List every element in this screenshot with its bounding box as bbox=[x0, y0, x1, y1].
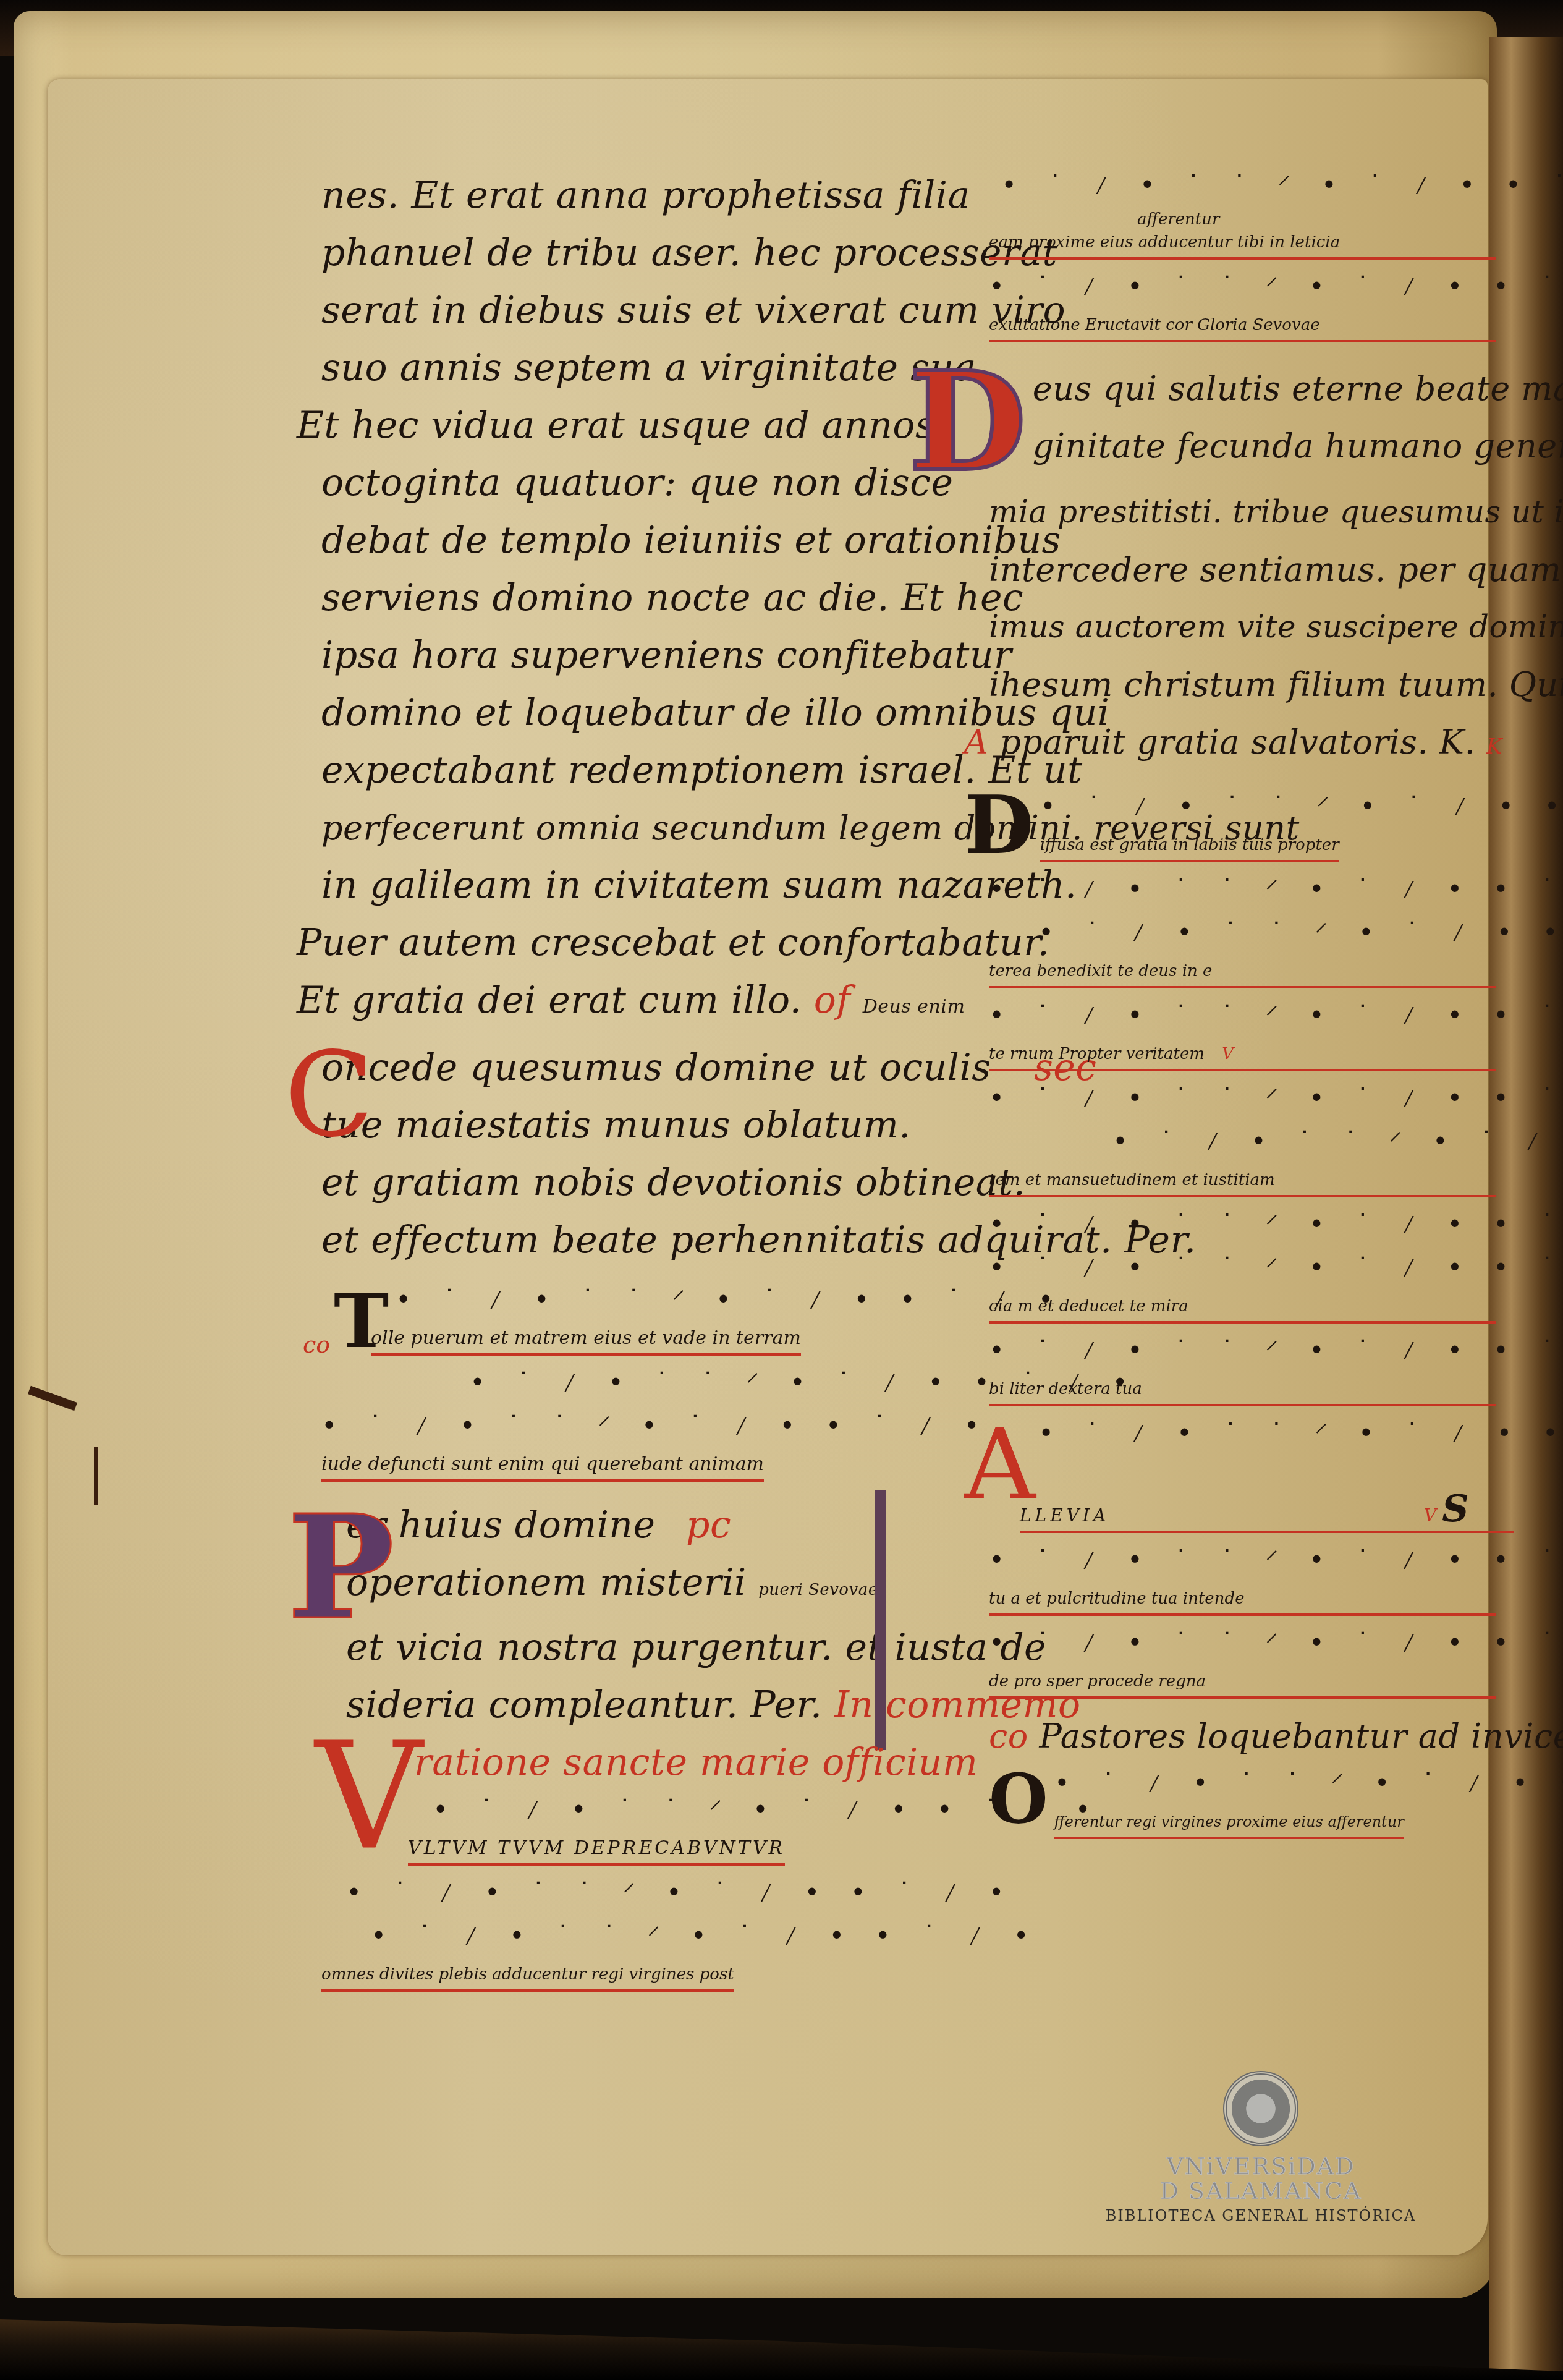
text-line: co Pastores loquebantur ad invicem bbox=[989, 1707, 1508, 1765]
chant-text-line: tem et mansuetudinem et iustitiam bbox=[989, 1167, 1496, 1197]
chant-text-line: iude defuncti sunt enim qui querebant an… bbox=[321, 1451, 764, 1482]
neume-row: • ˙ ⁄ • ˙ ˙ ⸍ • ˙ ⁄ • • ˙ ⁄ • bbox=[989, 1765, 1508, 1808]
rubric-offertory: of bbox=[814, 979, 850, 1022]
neume-row: • ˙ ⁄ • ˙ ˙ ⸍ • ˙ ⁄ • • ˙ ⁄ • bbox=[1038, 914, 1508, 958]
text-line: octoginta quatuor: que non disce bbox=[321, 454, 939, 512]
alleluia-chant: A • ˙ ⁄ • ˙ ˙ ⸍ • ˙ ⁄ • • ˙ ⁄ • LLEVIA V… bbox=[989, 1415, 1508, 1707]
rubric-verse: V bbox=[1222, 1045, 1234, 1063]
neume-row: • ˙ ⁄ • ˙ ˙ ⸍ • ˙ ⁄ • • ˙ ⁄ • bbox=[371, 1918, 939, 1961]
text-line: Et hec vidua erat usque ad annos bbox=[297, 397, 939, 454]
neume-row: • ˙ ⁄ • ˙ ˙ ⸍ • ˙ ⁄ • • ˙ ⁄ • bbox=[989, 1625, 1508, 1668]
chant-text-line: cia m et deducet te mira bbox=[989, 1293, 1496, 1324]
epistle-line: pparuit gratia salvatoris. K. bbox=[999, 723, 1475, 762]
text-line: nes. Et erat anna prophetissa filia bbox=[321, 167, 939, 224]
postcommunion-cue: pueri Sevovae bbox=[758, 1581, 878, 1599]
collect-line: eus qui salutis eterne beate marie vir bbox=[989, 360, 1508, 417]
text-line: serat in diebus suis et vixerat cum viro bbox=[321, 282, 939, 339]
rubric-postcommunion: pc bbox=[686, 1503, 731, 1547]
collect-line: mia prestitisti. tribue quesumus ut ipsa… bbox=[989, 483, 1508, 541]
rubric-verse: V bbox=[1424, 1505, 1436, 1526]
neume-row: • ˙ ⁄ • ˙ ˙ ⸍ • ˙ ⁄ • • ˙ ⁄ • bbox=[396, 1281, 939, 1325]
communion-offertory: co Pastores loquebantur ad invicem O • ˙… bbox=[989, 1707, 1508, 1848]
right-column: • ˙ ⁄ • ˙ ˙ ⸍ • ˙ ⁄ • • ˙ ⁄ • afferentur… bbox=[989, 167, 1508, 1848]
neume-row: • ˙ ⁄ • ˙ ˙ ⸍ • ˙ ⁄ • • ˙ ⁄ • bbox=[321, 1408, 939, 1451]
watermark-university: VNiVERSiDAD bbox=[1100, 2154, 1421, 2178]
collect-prayer: D eus qui salutis eterne beate marie vir… bbox=[989, 360, 1508, 776]
chant-text: exultatione Eructavit cor Gloria Sevovae bbox=[989, 316, 1320, 334]
chant-text: te rnum Propter veritatem bbox=[989, 1045, 1205, 1063]
secret-line: et gratiam nobis devotionis obtineat. bbox=[321, 1154, 939, 1212]
text-line: suo annis septem a virginitate sua. bbox=[321, 339, 939, 397]
secret-prayer: C oncede quesumus domine ut oculis sec t… bbox=[321, 1039, 939, 1269]
neume-row: • ˙ ⁄ • ˙ ˙ ⸍ • ˙ ⁄ • • ˙ ⁄ • bbox=[433, 1791, 939, 1835]
university-seal-icon bbox=[1223, 2071, 1298, 2146]
text-line: phanuel de tribu aser. hec processerat bbox=[321, 224, 939, 282]
communion-chant: • ˙ ⁄ • ˙ ˙ ⸍ • ˙ ⁄ • • ˙ ⁄ • co T olle … bbox=[321, 1281, 939, 1490]
text-line: Puer autem crescebat et confortabatur. bbox=[297, 914, 939, 972]
text-line: domino et loquebatur de illo omnibus qui bbox=[321, 684, 939, 742]
chant-text-line: tu a et pulcritudine tua intende bbox=[989, 1585, 1496, 1616]
initial-o: O bbox=[989, 1765, 1048, 1833]
watermark-city: D SALAMANCA bbox=[1100, 2178, 1421, 2203]
text-line: ipsa hora superveniens confitebatur bbox=[321, 627, 939, 684]
secret-line: et effectum beate perhennitatis adquirat… bbox=[321, 1212, 939, 1269]
gradual-verse: • ˙ ⁄ • ˙ ˙ ⸍ • ˙ ⁄ • • ˙ ⁄ • te rnum Pr… bbox=[989, 997, 1508, 1415]
postcommunion-line: et vicia nostra purgentur. et iusta de bbox=[346, 1619, 939, 1677]
text-line: operationem misterii pueri Sevovae bbox=[346, 1554, 939, 1619]
neume-row: • ˙ ⁄ • ˙ ˙ ⸍ • ˙ ⁄ • • ˙ ⁄ • bbox=[989, 1249, 1508, 1293]
chant-text-line: bi liter dextera tua bbox=[989, 1375, 1496, 1406]
rubric-k: K bbox=[1486, 734, 1502, 759]
initial-s: S bbox=[1442, 1487, 1468, 1531]
neume-row: • ˙ ⁄ • ˙ ˙ ⸍ • ˙ ⁄ • • ˙ ⁄ • bbox=[989, 1080, 1508, 1123]
postcommunion-line: operationem misterii bbox=[346, 1561, 747, 1604]
collect-line: imus auctorem vite suscipere dominum nos… bbox=[989, 598, 1508, 656]
commemoration-heading: ratione sancte marie officium bbox=[414, 1734, 939, 1791]
neume-row: • ˙ ⁄ • ˙ ˙ ⸍ • ˙ ⁄ • • ˙ ⁄ • bbox=[470, 1364, 939, 1408]
commemoration-section: V ratione sancte marie officium • ˙ ⁄ • … bbox=[321, 1734, 939, 2000]
chant-text-line: omnes divites plebis adducentur regi vir… bbox=[321, 1961, 734, 1992]
neume-row: • ˙ ⁄ • ˙ ˙ ⸍ • ˙ ⁄ • • ˙ ⁄ • bbox=[989, 1206, 1508, 1249]
offertory-line: Et gratia dei erat cum illo. of Deus eni… bbox=[297, 972, 939, 1035]
page-bottom-edge bbox=[0, 2293, 1563, 2380]
neume-row: • ˙ ⁄ • ˙ ˙ ⸍ • ˙ ⁄ • • ˙ ⁄ • bbox=[989, 997, 1508, 1040]
neume-row: • ˙ ⁄ • ˙ ˙ ⸍ • ˙ ⁄ • • ˙ ⁄ • bbox=[989, 788, 1508, 831]
chant-text-line: exultatione Eructavit cor Gloria Sevovae bbox=[989, 312, 1496, 342]
postcommunion-prayer: P er huius domine pc operationem misteri… bbox=[321, 1497, 939, 1734]
collect-line: ginitate fecunda humano generi pre bbox=[989, 417, 1508, 475]
offertory-cue: Deus enim bbox=[863, 996, 965, 1018]
neume-row: • ˙ ⁄ • ˙ ˙ ⸍ • ˙ ⁄ • • ˙ ⁄ • bbox=[1112, 1123, 1508, 1167]
rubric-communion: co bbox=[303, 1331, 330, 1358]
neume-row: • ˙ ⁄ • ˙ ˙ ⸍ • ˙ ⁄ • • ˙ ⁄ • bbox=[989, 1542, 1508, 1585]
initial-d: D bbox=[964, 788, 1034, 862]
text-line: Et gratia dei erat cum illo. bbox=[297, 979, 802, 1022]
gradual-chant: D • ˙ ⁄ • ˙ ˙ ⸍ • ˙ ⁄ • • ˙ ⁄ • iffusa e… bbox=[989, 788, 1508, 997]
collect-line: ihesum christum filium tuum. Qui tecum. bbox=[989, 665, 1563, 704]
library-watermark: VNiVERSiDAD D SALAMANCA BIBLIOTECA GENER… bbox=[1100, 2071, 1421, 2224]
text-line: expectabant redemptionem israel. Et ut bbox=[321, 742, 939, 799]
text-line: in galileam in civitatem suam nazareth. bbox=[321, 857, 939, 914]
chant-text-line: te rnum Propter veritatem V bbox=[989, 1040, 1496, 1071]
neume-row: • ˙ ⁄ • ˙ ˙ ⸍ • ˙ ⁄ • • ˙ ⁄ • bbox=[989, 268, 1508, 312]
initial-t: T bbox=[334, 1288, 389, 1356]
chant-text-line: VLTVM TVVM DEPRECABVNTVR bbox=[408, 1835, 785, 1866]
text-line: er huius domine pc bbox=[346, 1497, 939, 1554]
text-line: sideria compleantur. Per. In commemo bbox=[346, 1677, 939, 1734]
text-line: serviens domino nocte ac die. Et hec bbox=[321, 569, 939, 627]
chant-text-line: iffusa est gratia in labiis tuis propter bbox=[1040, 831, 1339, 862]
chant-text-line: de pro sper procede regna bbox=[989, 1668, 1496, 1699]
initial-a: A bbox=[964, 1415, 1036, 1514]
neume-row: • ˙ ⁄ • ˙ ˙ ⸍ • ˙ ⁄ • • ˙ ⁄ • bbox=[346, 1874, 939, 1918]
initial-p: P bbox=[287, 1497, 394, 1639]
neume-row: • ˙ ⁄ • ˙ ˙ ⸍ • ˙ ⁄ • • ˙ ⁄ • bbox=[989, 871, 1508, 914]
text-line: A pparuit gratia salvatoris. K. K bbox=[964, 713, 1508, 776]
secret-line: tue maiestatis munus oblatum. bbox=[321, 1097, 939, 1154]
secret-line: oncede quesumus domine ut oculis bbox=[321, 1046, 991, 1089]
left-column: nes. Et erat anna prophetissa filia phan… bbox=[321, 167, 939, 2000]
chant-text-line: eam proxime eius adducentur tibi in leti… bbox=[989, 229, 1496, 260]
initial-c: C bbox=[284, 1039, 374, 1150]
decorative-bar bbox=[875, 1490, 886, 1750]
chant-text-line: terea benedixit te deus in e bbox=[989, 958, 1496, 988]
neume-row: • ˙ ⁄ • ˙ ˙ ⸍ • ˙ ⁄ • • ˙ ⁄ • bbox=[1001, 167, 1508, 210]
initial-d: D bbox=[909, 360, 1027, 483]
collect-line: intercedere sentiamus. per quam meru bbox=[989, 541, 1508, 598]
text-line: debat de templo ieiuniis et orationibus bbox=[321, 512, 939, 569]
text-line: oncede quesumus domine ut oculis sec bbox=[321, 1039, 939, 1097]
neume-row: • ˙ ⁄ • ˙ ˙ ⸍ • ˙ ⁄ • • ˙ ⁄ • bbox=[1038, 1415, 1508, 1458]
chant-text-line: fferentur regi virgines proxime eius aff… bbox=[1054, 1808, 1404, 1839]
margin-tear-mark bbox=[94, 1447, 98, 1505]
offertory-line: Pastores loquebantur ad invicem bbox=[1039, 1717, 1563, 1756]
chant-superscript: afferentur bbox=[1137, 210, 1508, 229]
text-line: ihesum christum filium tuum. Qui tecum. … bbox=[989, 656, 1508, 713]
chant-text-line: olle puerum et matrem eius et vade in te… bbox=[371, 1325, 801, 1356]
chant-text-line: LLEVIA V S bbox=[1020, 1495, 1514, 1533]
text-line: perfecerunt omnia secundum legem domini.… bbox=[321, 799, 939, 857]
initial-a: A bbox=[964, 723, 989, 762]
neume-row: • ˙ ⁄ • ˙ ˙ ⸍ • ˙ ⁄ • • ˙ ⁄ • bbox=[989, 1332, 1508, 1375]
initial-v: V bbox=[315, 1722, 422, 1870]
rubric-communion: co bbox=[989, 1717, 1028, 1756]
watermark-library: BIBLIOTECA GENERAL HISTÓRICA bbox=[1100, 2207, 1421, 2224]
